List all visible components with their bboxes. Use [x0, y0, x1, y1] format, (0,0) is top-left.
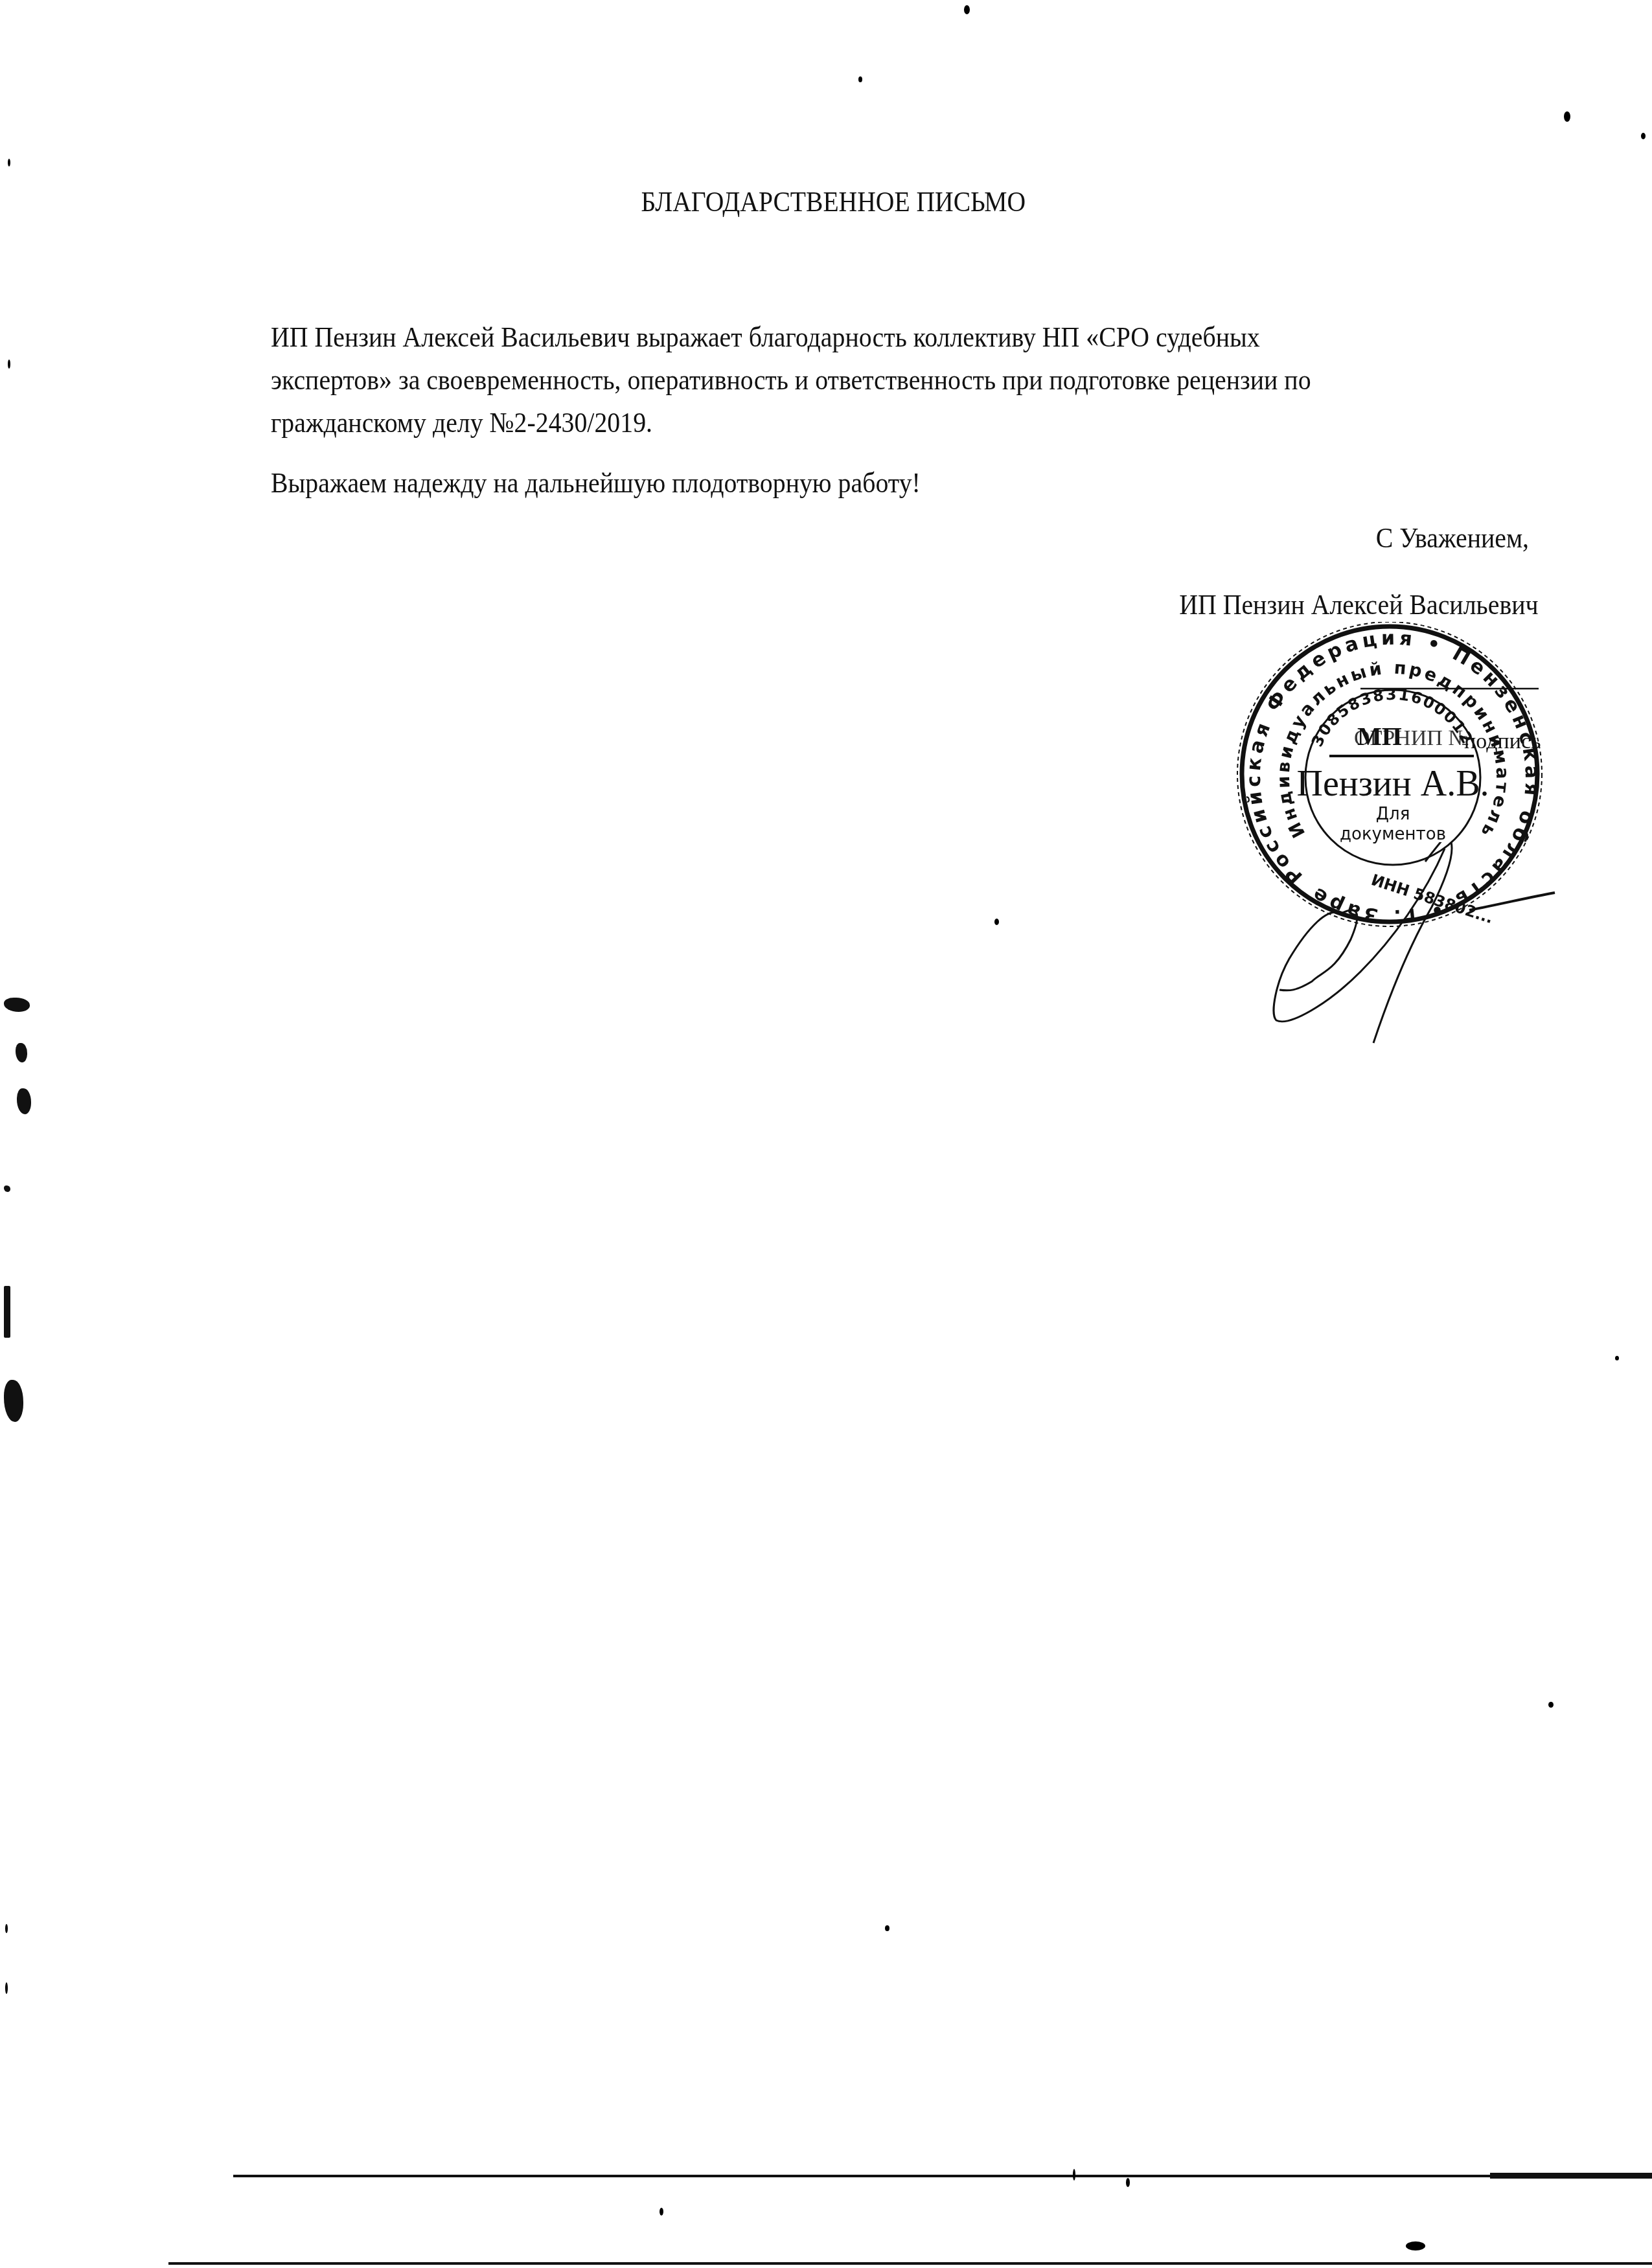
- stamp-center-name: Пензин А.В.: [1296, 764, 1489, 804]
- signer-name: ИП Пензин Алексей Васильевич: [1180, 588, 1539, 621]
- scan-speck: [8, 360, 10, 369]
- scan-edge-line-top: [233, 2175, 1652, 2177]
- closing-salutation: С Уважением,: [1376, 521, 1529, 555]
- form-label-ogrnip: ОГРНИП №: [1354, 726, 1469, 750]
- scan-speck: [964, 5, 970, 14]
- scan-speck: [660, 2208, 663, 2216]
- scan-edge-line-right-thick: [1490, 2173, 1652, 2179]
- scan-speck: [1548, 1702, 1554, 1708]
- paragraph-line: гражданскому делу №2-2430/2019.: [271, 402, 1420, 444]
- scan-speck: [1641, 133, 1646, 139]
- scan-blot: [17, 1088, 31, 1114]
- scan-speck: [1073, 2169, 1075, 2181]
- scan-blot: [4, 1286, 10, 1338]
- scan-speck: [8, 159, 10, 166]
- scan-edge-line-bottom: [168, 2262, 1652, 2265]
- handwritten-signature: [1231, 842, 1620, 1062]
- scan-speck: [858, 76, 862, 82]
- scan-speck: [5, 1924, 8, 1933]
- form-label-signature: подпись: [1464, 729, 1541, 753]
- scan-blot: [4, 1380, 23, 1422]
- scan-blot: [4, 1186, 10, 1192]
- scan-speck: [1126, 2178, 1130, 2187]
- stamp-caption-line1: Для: [1376, 805, 1410, 824]
- scan-speck: [5, 1982, 8, 1994]
- scan-speck: [885, 1925, 889, 1931]
- stamp-caption-line2: документов: [1340, 825, 1446, 844]
- scan-speck: [1615, 1356, 1619, 1360]
- paragraph-line: экспертов» за своевременность, оперативн…: [271, 359, 1420, 402]
- paragraph-gratitude: ИП Пензин Алексей Васильевич выражает бл…: [271, 316, 1420, 444]
- scan-blot: [16, 1043, 27, 1062]
- scanned-letter-page: БЛАГОДАРСТВЕННОЕ ПИСЬМО ИП Пензин Алексе…: [0, 0, 1652, 2268]
- paragraph-hope: Выражаем надежду на дальнейшую плодотвор…: [271, 462, 1420, 505]
- scan-blot: [4, 998, 30, 1012]
- document-title: БЛАГОДАРСТВЕННОЕ ПИСЬМО: [90, 185, 1577, 218]
- scan-speck: [1564, 111, 1570, 122]
- paragraph-line: ИП Пензин Алексей Васильевич выражает бл…: [271, 316, 1420, 359]
- scan-speck: [1406, 2241, 1425, 2251]
- title-text: БЛАГОДАРСТВЕННОЕ ПИСЬМО: [641, 185, 1026, 218]
- scan-speck: [994, 919, 999, 925]
